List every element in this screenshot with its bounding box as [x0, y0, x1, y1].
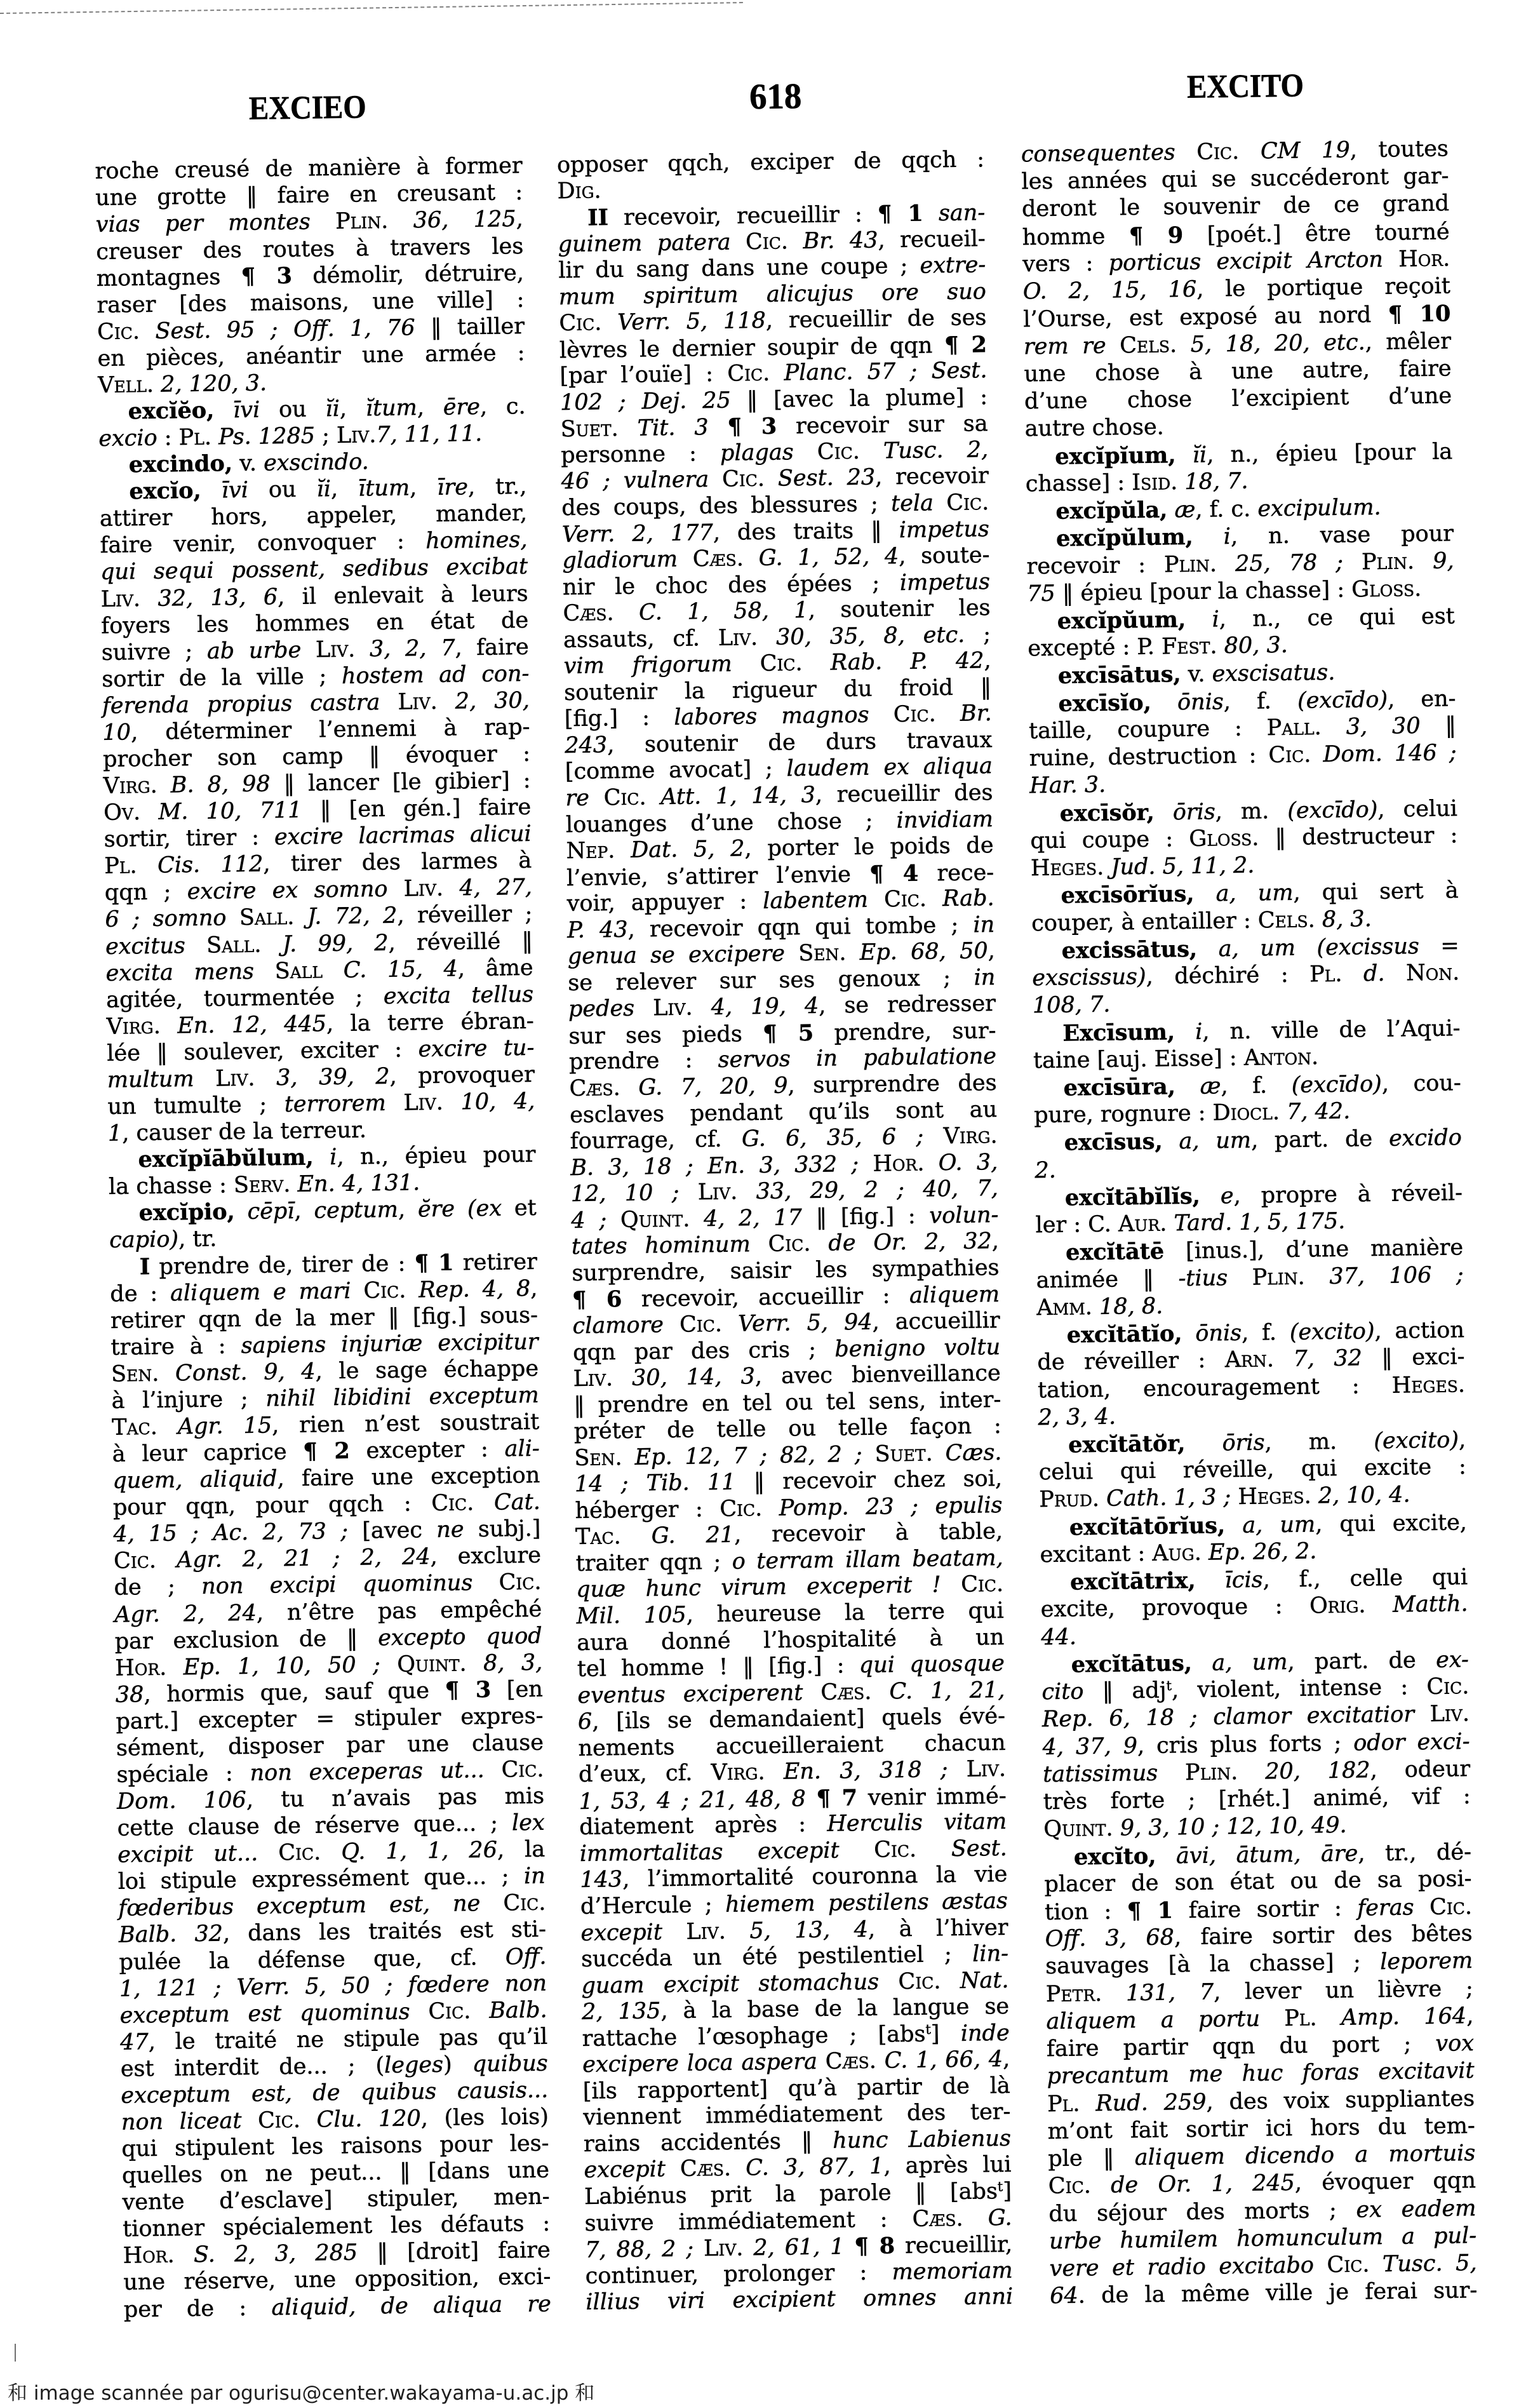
- dictionary-entry: excĭpŭum, i, n., ce qui estexcepté : P. …: [1028, 602, 1456, 663]
- latin-italic: ali-: [504, 1436, 540, 1462]
- bold-text: excĭtātrix,: [1070, 1568, 1196, 1596]
- author-abbreviation: Virg.: [943, 1123, 998, 1149]
- author-abbreviation: Cæs.: [680, 2156, 732, 2182]
- author-abbreviation: Cæs.: [563, 600, 614, 626]
- author-abbreviation: Prud.: [1039, 1486, 1099, 1512]
- latin-italic: Agr. 15: [178, 1413, 272, 1439]
- latin-italic: exscissus): [1032, 964, 1146, 991]
- author-abbreviation: Sen.: [111, 1361, 159, 1387]
- author-abbreviation: Cæs.: [569, 1075, 620, 1101]
- latin-italic: ĕre: [418, 1197, 455, 1223]
- author-abbreviation: Cic.: [114, 1548, 156, 1574]
- latin-italic: qui quosque: [859, 1651, 1005, 1678]
- latin-italic: Balb. 32: [119, 1921, 224, 1948]
- latin-italic: C. 1, 66, 4: [884, 2046, 1003, 2074]
- dictionary-entry: excīsus, a, um, part. de excido2.: [1034, 1124, 1463, 1185]
- bold-text: II: [587, 205, 608, 231]
- latin-italic: 7, 32: [1293, 1346, 1362, 1372]
- latin-italic: En. 12, 445: [177, 1011, 326, 1038]
- latin-italic: 4, 15 ; Ac. 2, 73 ;: [113, 1519, 348, 1547]
- dictionary-entry: excĭto, āvi, ātum, āre, tr., dé-placer d…: [1044, 1838, 1478, 2311]
- dictionary-entry: excĭtābĭlĭs, e, propre à réveil-ler : C.…: [1035, 1179, 1463, 1240]
- latin-italic: īcis: [1224, 1568, 1262, 1594]
- latin-italic: 25, 78 ;: [1235, 549, 1344, 576]
- latin-italic: excipit ut...: [117, 1841, 258, 1868]
- latin-italic: Dom. 146 ;: [1323, 740, 1457, 767]
- latin-italic: 3, 30: [1346, 713, 1420, 740]
- author-abbreviation: Pall.: [1266, 715, 1321, 741]
- latin-italic: Rab.: [942, 885, 994, 911]
- author-abbreviation: Cic.: [1268, 743, 1311, 769]
- latin-italic: Dat. 5, 2: [631, 836, 745, 863]
- latin-italic: G. 1, 52, 4: [758, 544, 899, 571]
- author-abbreviation: Cic.: [894, 702, 936, 728]
- dictionary-entry: excĭo, īvi ou ĭi, ītum, īre, tr.,attirer…: [99, 473, 535, 1147]
- latin-italic: 32, 13, 6: [157, 584, 278, 612]
- latin-italic: 7, 88, 2 ;: [585, 2236, 693, 2263]
- latin-italic: ītum: [358, 476, 410, 502]
- latin-italic: volun-: [929, 1202, 998, 1228]
- bold-text: ¶ 8: [854, 2233, 895, 2259]
- latin-italic: 7, 42.: [1287, 1099, 1351, 1125]
- superscript: t: [1166, 1678, 1172, 1693]
- latin-italic: leges: [384, 2052, 444, 2078]
- bold-text: excīsŏr,: [1060, 799, 1155, 826]
- latin-italic: nihil libidini exceptum: [265, 1383, 539, 1412]
- author-abbreviation: Cic.: [1048, 2174, 1091, 2200]
- sense-section: I prendre de, tirer de : ¶ 1 retirerde :…: [110, 1248, 552, 2323]
- author-abbreviation: Cels.: [1120, 332, 1177, 358]
- dictionary-entry: excĭpŭlum, i, n. vase pourrecevoir : Pli…: [1026, 520, 1455, 608]
- author-abbreviation: Virg.: [711, 1759, 765, 1785]
- latin-italic: extre-: [920, 252, 986, 278]
- dictionary-entry: excĭpio, cēpī, ceptum, ĕre (ex etcapio),…: [109, 1195, 537, 1254]
- latin-italic: non liceat: [121, 2108, 242, 2135]
- superscript: t: [925, 2022, 931, 2037]
- latin-italic: Rep. 4, 8: [418, 1276, 531, 1303]
- page-number: 618: [749, 78, 802, 115]
- scan-credit-footer: 和 image scannée par ogurisu@center.wakay…: [8, 2384, 594, 2403]
- bold-text: excĭtātus,: [1071, 1650, 1193, 1678]
- latin-italic: tates hominum: [572, 1232, 751, 1260]
- text-line: per de : aliquid, de aliqua re: [124, 2290, 552, 2323]
- latin-italic: porticus excipit Arcton: [1108, 247, 1383, 276]
- latin-italic: de Or. 2, 32: [828, 1229, 992, 1256]
- latin-italic: Const. 9, 4: [175, 1359, 316, 1386]
- latin-italic: (excīdo): [1291, 1072, 1382, 1098]
- author-abbreviation: Cic.: [428, 1998, 471, 2024]
- latin-italic: cito: [1041, 1679, 1083, 1705]
- author-abbreviation: Liv.: [966, 1756, 1006, 1782]
- latin-italic: æ: [1174, 497, 1195, 523]
- latin-italic: Br. 43: [803, 227, 878, 254]
- dictionary-entry: excīsūra, æ, f. (excīdo), cou-pure, rogn…: [1033, 1069, 1461, 1130]
- author-abbreviation: Cic.: [97, 319, 140, 345]
- latin-italic: B. 8, 98: [170, 771, 270, 798]
- bold-text: excīsūra,: [1063, 1073, 1175, 1101]
- dictionary-entry: excĭpĭum, ĭi, n., épieu [pour lachasse] …: [1025, 438, 1453, 499]
- author-abbreviation: Cic.: [946, 490, 989, 516]
- latin-italic: Dom. 106: [117, 1787, 246, 1815]
- latin-italic: (excito): [1290, 1319, 1375, 1345]
- latin-italic: G.: [988, 2205, 1012, 2231]
- latin-italic: 30, 35, 8, etc.: [776, 622, 965, 650]
- author-abbreviation: Cels.: [1258, 907, 1315, 933]
- latin-italic: Ep. 1, 10, 50 ;: [183, 1652, 380, 1680]
- latin-italic: urbe humilem homunculum a pul-: [1049, 2223, 1476, 2254]
- guide-word-left: EXCIEO: [249, 91, 366, 125]
- latin-italic: 2, 10, 4.: [1318, 1482, 1410, 1509]
- latin-italic: 75: [1027, 581, 1055, 607]
- bold-text: ¶ 3: [241, 262, 292, 289]
- latin-italic: Cæs.: [945, 1440, 1001, 1466]
- latin-italic: i: [1195, 1019, 1203, 1044]
- latin-italic: S. 2, 3, 285: [194, 2240, 358, 2268]
- latin-italic: 8, 3.: [1322, 906, 1372, 932]
- author-abbreviation: Liv.: [398, 689, 438, 715]
- latin-italic: a, um: [1212, 1650, 1288, 1676]
- latin-italic: Ep. 12, 7 ; 82, 2 ;: [634, 1442, 862, 1470]
- latin-italic: Tusc. 2,: [883, 437, 989, 464]
- text-line: excĭtābĭlĭs, e, propre à réveil-: [1035, 1179, 1463, 1212]
- latin-italic: Pomp. 23 ; epulis: [779, 1493, 1002, 1521]
- latin-italic: G. 6, 35, 6 ;: [742, 1124, 924, 1152]
- author-abbreviation: Cæs.: [826, 2048, 877, 2074]
- latin-italic: 1, 53, 4 ; 21, 48, 8: [579, 1786, 806, 1815]
- author-abbreviation: Liv.: [215, 1066, 255, 1092]
- latin-italic: 9,: [1433, 548, 1454, 574]
- author-abbreviation: Cic.: [1196, 139, 1239, 165]
- latin-italic: 14 ; Tib. 11: [575, 1470, 736, 1497]
- latin-italic: guam excipit stomachus: [581, 1969, 879, 1998]
- dictionary-page: EXCIEO 618 EXCITO roche creusé de manièr…: [0, 0, 1540, 2406]
- author-abbreviation: Heges.: [1031, 855, 1104, 882]
- latin-italic: Rep. 6, 18 ; clamor excitatior: [1042, 1702, 1414, 1733]
- latin-italic: 7, 11, 11.: [376, 421, 482, 448]
- bold-text: ¶ 4: [869, 860, 919, 887]
- dictionary-entry: excīsŏr, ōris, m. (excīdo), celuiqui cou…: [1030, 795, 1459, 883]
- author-abbreviation: C. Aur.: [1088, 1211, 1167, 1238]
- latin-italic: gladiorum: [562, 547, 678, 574]
- bold-text: excĭpĭābŭlum,: [138, 1145, 314, 1173]
- latin-italic: excita tellus: [384, 982, 534, 1009]
- latin-italic: O. 2, 15, 16: [1023, 277, 1197, 305]
- bold-text: ¶ 7: [816, 1785, 857, 1811]
- latin-italic: servos in pabulatione: [718, 1044, 996, 1073]
- author-abbreviation: Ov.: [104, 800, 140, 826]
- author-abbreviation: Plin.: [1252, 1264, 1305, 1290]
- latin-italic: ĭtum: [366, 395, 418, 421]
- latin-italic: J. 99, 2: [282, 930, 388, 957]
- latin-italic: Agr. 2, 24: [114, 1600, 257, 1627]
- latin-italic: a, um (excissus =: [1218, 933, 1459, 962]
- latin-italic: Amp. 164: [1341, 2003, 1467, 2031]
- author-abbreviation: Quint.: [620, 1206, 690, 1232]
- author-abbreviation: Cæs.: [820, 1679, 872, 1705]
- author-abbreviation: Liv.: [718, 625, 758, 651]
- bold-text: ¶ 3: [727, 413, 777, 440]
- author-abbreviation: Pl.: [1284, 2005, 1317, 2031]
- latin-italic: Ep. 26, 2.: [1209, 1538, 1317, 1565]
- author-abbreviation: Quint.: [397, 1651, 467, 1677]
- bold-text: ¶ 10: [1388, 301, 1450, 328]
- author-abbreviation: Cic.: [363, 1277, 406, 1303]
- sense-section: II recevoir, recueillir : ¶ 1 san-guinem…: [558, 199, 1014, 2316]
- latin-italic: Tit. 3: [637, 415, 708, 441]
- latin-italic: vere et radio excitabo: [1049, 2253, 1314, 2282]
- latin-italic: a, um: [1242, 1512, 1315, 1538]
- dictionary-entry: Excīsum, i, n. ville de l’Aqui-taine [au…: [1033, 1014, 1461, 1075]
- latin-italic: guinem patera: [558, 229, 730, 257]
- latin-italic: capio): [109, 1227, 178, 1253]
- latin-italic: labores magnos: [674, 702, 869, 730]
- latin-italic: 243: [565, 732, 607, 758]
- latin-italic: vias per montes: [96, 210, 311, 238]
- latin-italic: Jud. 5, 11, 2.: [1111, 853, 1254, 880]
- author-abbreviation: Cic.: [503, 1890, 546, 1916]
- author-abbreviation: Cic.: [258, 2107, 300, 2134]
- latin-italic: exceptum est quominus: [119, 1999, 410, 2028]
- latin-italic: 33, 29, 2 ; 40, 7,: [756, 1176, 998, 1204]
- latin-italic: mum spiritum alicujus ore suo: [559, 279, 986, 310]
- latin-italic: Agr. 2, 21 ; 2, 24: [177, 1544, 431, 1573]
- scan-artifact-mark: [15, 2344, 16, 2362]
- latin-italic: Tusc. 5,: [1383, 2250, 1477, 2277]
- author-abbreviation: Suet.: [874, 1441, 933, 1467]
- bold-text: excĭtātē: [1066, 1239, 1165, 1266]
- latin-italic: æ: [1200, 1073, 1221, 1099]
- latin-italic: clamore: [572, 1312, 664, 1339]
- latin-italic: aliquem e mari: [170, 1278, 351, 1306]
- author-abbreviation: Hor.: [115, 1655, 166, 1681]
- latin-italic: precantum me huc foras excitavit: [1047, 2059, 1474, 2090]
- latin-italic: -tius: [1178, 1265, 1228, 1291]
- latin-italic: in: [524, 1864, 546, 1889]
- latin-italic: C. 15, 4: [343, 956, 458, 983]
- latin-italic: 4 ;: [571, 1207, 606, 1233]
- author-abbreviation: Cic.: [746, 229, 788, 255]
- author-abbreviation: Quint.: [1043, 1816, 1113, 1842]
- latin-italic: ōris: [1222, 1430, 1265, 1456]
- author-abbreviation: Petr.: [1046, 1981, 1102, 2007]
- latin-italic: (excito): [1374, 1427, 1459, 1454]
- latin-italic: e: [1221, 1183, 1234, 1209]
- author-abbreviation: Anton.: [1244, 1044, 1319, 1071]
- latin-italic: i: [330, 1145, 337, 1170]
- bold-text: ¶ 9: [1129, 222, 1184, 249]
- latin-italic: qui sequi possent, sedibus excibat: [100, 554, 528, 585]
- author-abbreviation: Pl.: [1047, 2091, 1080, 2117]
- latin-italic: Verr. 2, 177: [562, 520, 713, 548]
- superscript: t: [998, 2179, 1003, 2194]
- author-abbreviation: Heges.: [1391, 1372, 1465, 1399]
- bold-text: Excīsum,: [1062, 1019, 1175, 1046]
- text-line: qui coupe : Gloss. ‖ destructeur :: [1030, 822, 1458, 855]
- author-abbreviation: Cic.: [603, 784, 646, 810]
- latin-italic: consequentes: [1021, 140, 1175, 167]
- bold-text: ¶ 2: [303, 1438, 350, 1465]
- latin-italic: feras: [1357, 1895, 1414, 1921]
- author-abbreviation: Diocl.: [1212, 1099, 1280, 1126]
- latin-italic: 108, 7.: [1033, 992, 1111, 1019]
- latin-italic: vim frigorum: [563, 652, 732, 680]
- latin-italic: non excipi quominus: [201, 1571, 473, 1600]
- latin-italic: (excīdo): [1297, 687, 1388, 713]
- author-abbreviation: Pl.: [178, 425, 211, 451]
- latin-italic: (excīdo): [1287, 797, 1378, 824]
- latin-italic: 3, 2, 7: [370, 635, 455, 662]
- author-abbreviation: Cic.: [720, 1496, 762, 1522]
- latin-italic: ĭi: [1193, 442, 1207, 467]
- latin-italic: Ep. 68, 50: [859, 939, 988, 966]
- latin-italic: G. 7, 20, 9: [638, 1073, 788, 1101]
- latin-italic: i: [1223, 524, 1231, 549]
- latin-italic: 38: [116, 1682, 144, 1708]
- author-abbreviation: Cæs.: [693, 546, 744, 572]
- latin-italic: Verr. 5, 94: [738, 1310, 873, 1337]
- latin-italic: hiemem pestilens æstas: [725, 1888, 1008, 1918]
- author-abbreviation: Liv.: [1430, 1702, 1470, 1728]
- text-column-middle: opposer qqch, exciper de qqch :Dig.II re…: [557, 147, 1014, 2316]
- latin-italic: Verr. 5, 118: [617, 308, 766, 335]
- author-abbreviation: Sall.: [239, 904, 295, 931]
- text-line: animée ‖ -tius Plin. 37, 106 ;: [1036, 1261, 1464, 1294]
- latin-italic: quem, aliquid: [112, 1466, 278, 1493]
- latin-italic: Nat.: [960, 1968, 1009, 1994]
- latin-italic: excipere loca aspera: [582, 2049, 817, 2078]
- latin-italic: O. 3,: [938, 1150, 998, 1176]
- latin-italic: aliquem: [909, 1282, 1000, 1308]
- latin-italic: excipulum.: [1257, 495, 1381, 522]
- latin-italic: 4, 19, 4: [711, 993, 819, 1020]
- latin-italic: Off.: [506, 1944, 547, 1970]
- latin-italic: tatissimus: [1043, 1761, 1158, 1787]
- latin-italic: Off. 3, 68: [1045, 1925, 1174, 1952]
- latin-italic: san-: [939, 200, 986, 226]
- dictionary-entry: excĭtātōrĭus, a, um, qui excite,excitant…: [1040, 1509, 1468, 1569]
- latin-italic: eventus exciperent: [577, 1680, 803, 1709]
- author-abbreviation: Liv.: [653, 995, 693, 1021]
- latin-italic: Rud. 259: [1095, 2089, 1207, 2116]
- latin-italic: C. 3, 87, 1: [746, 2154, 884, 2181]
- author-abbreviation: Cic.: [898, 1968, 941, 1994]
- author-abbreviation: Heges.: [1238, 1484, 1311, 1510]
- latin-italic: G. 21: [652, 1522, 735, 1549]
- author-abbreviation: Cic.: [1327, 2252, 1369, 2278]
- latin-italic: Cat.: [494, 1489, 540, 1516]
- bold-text: ¶ 2: [944, 332, 987, 358]
- latin-italic: 5, 13, 4: [749, 1916, 868, 1944]
- latin-italic: pedes: [568, 996, 635, 1022]
- author-abbreviation: Cic.: [760, 650, 802, 676]
- author-abbreviation: Plin.: [335, 208, 389, 234]
- latin-italic: 4, 2, 17: [704, 1205, 802, 1232]
- latin-italic: Balb.: [489, 1997, 547, 2023]
- dictionary-entry: excĭtātĭo, ōnis, f. (excito), actionde r…: [1037, 1316, 1466, 1432]
- latin-italic: memoriam: [892, 2258, 1013, 2285]
- author-abbreviation: Cic.: [961, 1571, 1003, 1597]
- latin-italic: 2, 30,: [455, 688, 530, 715]
- bold-text: excīsōrĭus,: [1061, 881, 1194, 909]
- latin-italic: En. 3, 318 ;: [784, 1757, 948, 1784]
- latin-italic: Ps. 1285: [218, 423, 315, 450]
- latin-italic: īre: [437, 474, 468, 501]
- latin-italic: 47: [120, 2029, 149, 2055]
- latin-italic: 2, 135: [582, 1998, 661, 2025]
- bold-text: ¶ 5: [763, 1020, 814, 1047]
- dictionary-entry: excĭtātrix, īcis, f., celle quiexcite, p…: [1040, 1563, 1469, 1651]
- latin-italic: in: [973, 912, 994, 938]
- latin-italic: non exceperas ut...: [250, 1757, 485, 1786]
- latin-italic: Cath. 1, 3 ;: [1106, 1485, 1231, 1512]
- latin-italic: plagas: [720, 440, 794, 466]
- author-abbreviation: Cic.: [501, 1757, 544, 1783]
- entry-continuation: opposer qqch, exciper de qqch :Dig.: [557, 147, 985, 205]
- author-abbreviation: Liv.: [686, 1918, 726, 1944]
- author-abbreviation: Pl.: [104, 854, 137, 880]
- latin-italic: 80, 3.: [1224, 633, 1288, 659]
- author-abbreviation: Suet.: [560, 416, 619, 442]
- latin-italic: 143: [580, 1867, 622, 1893]
- author-abbreviation: Liv.: [573, 1366, 613, 1392]
- bold-text: excĭpŭum,: [1057, 607, 1186, 635]
- bold-text: excĭpŭla,: [1055, 497, 1167, 524]
- bold-text: excīsĭo,: [1058, 689, 1151, 716]
- latin-italic: Sest. 23: [778, 465, 876, 492]
- author-abbreviation: Cic.: [768, 1231, 810, 1257]
- author-abbreviation: Orig.: [1309, 1593, 1366, 1619]
- author-abbreviation: Hor.: [1398, 246, 1450, 272]
- dictionary-entry: excĭtātē [inus.], d’une manièreanimée ‖ …: [1036, 1234, 1464, 1322]
- bold-text: excĭtātōrĭus,: [1069, 1512, 1226, 1540]
- latin-italic: 102 ; Dej. 25: [560, 387, 731, 415]
- author-abbreviation: Pl.: [1309, 962, 1342, 988]
- latin-italic: īvi: [221, 478, 248, 504]
- text-line: excīsōrĭus, a, um, qui sert à: [1031, 877, 1459, 910]
- bold-text: excĭo,: [129, 478, 201, 505]
- latin-italic: ex eadem: [1356, 2196, 1476, 2223]
- latin-italic: benigno voltu: [834, 1334, 1000, 1362]
- text-line: tation, encouragement : Heges.: [1038, 1371, 1466, 1404]
- latin-italic: 6 ; somno: [105, 906, 227, 933]
- latin-italic: (ex: [467, 1196, 502, 1222]
- latin-italic: quæ hunc virum exceperit !: [576, 1573, 941, 1603]
- author-abbreviation: Cic.: [874, 1837, 916, 1863]
- latin-italic: i: [1212, 607, 1219, 632]
- latin-italic: 46 ; vulnera: [561, 467, 709, 495]
- latin-italic: ōris: [1173, 799, 1216, 825]
- latin-italic: excepit: [580, 1919, 662, 1946]
- latin-italic: 64: [1050, 2283, 1078, 2309]
- latin-italic: excire ex somno: [187, 877, 387, 904]
- author-abbreviation: Tac.: [112, 1415, 157, 1441]
- latin-italic: labentem: [763, 887, 868, 914]
- latin-italic: CM 19: [1261, 137, 1350, 164]
- latin-italic: impetus: [900, 569, 991, 596]
- latin-italic: ab urbe: [207, 637, 302, 664]
- author-abbreviation: Aug.: [1152, 1540, 1202, 1566]
- guide-word-right: EXCITO: [1187, 69, 1304, 104]
- latin-italic: exscindo.: [264, 449, 369, 476]
- latin-italic: fœderibus exceptum est, ne: [118, 1891, 480, 1921]
- latin-italic: Sest. 95 ; Off. 1, 76: [155, 315, 415, 344]
- latin-italic: a, um: [1215, 880, 1293, 907]
- bold-text: ¶ 1: [1127, 1897, 1174, 1924]
- latin-italic: excire tu-: [418, 1035, 534, 1062]
- latin-italic: vox: [1435, 2031, 1474, 2057]
- latin-italic: ĭi: [316, 476, 331, 502]
- latin-italic: 18, 7.: [1184, 468, 1249, 494]
